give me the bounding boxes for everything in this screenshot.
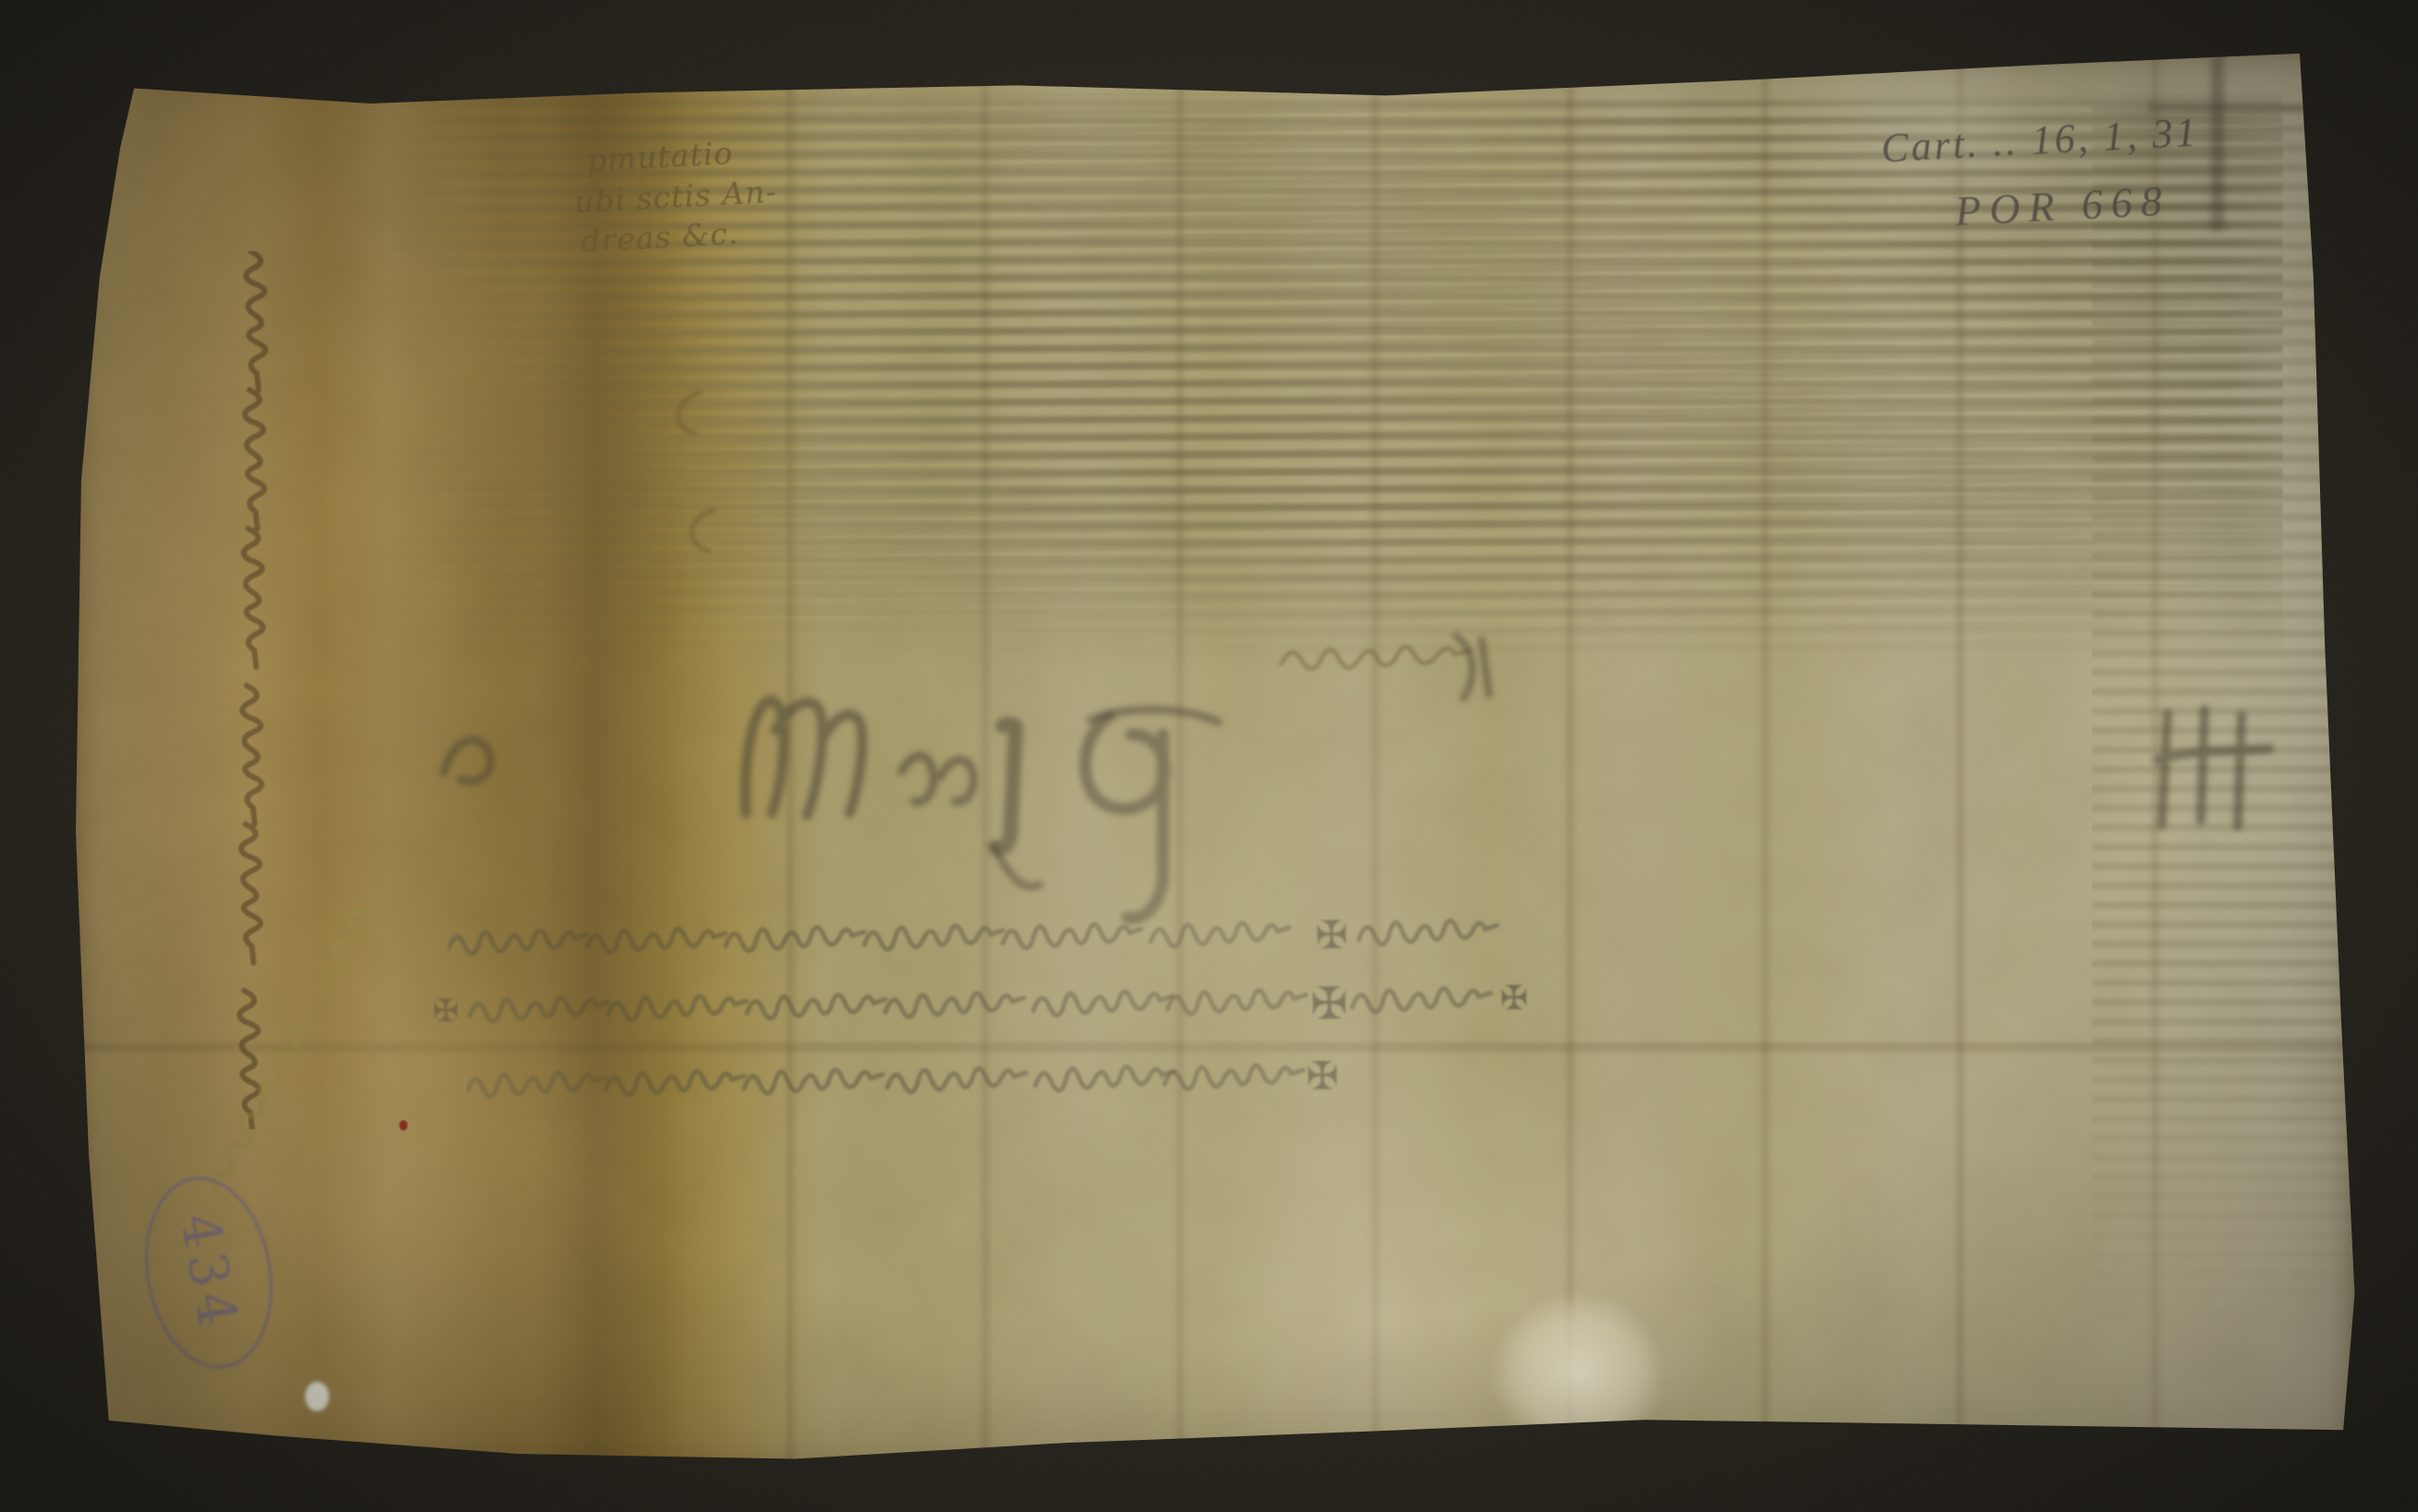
photo-backdrop: ✠ ✠ ✠ ✠ ✠ pmutatio ubi s <box>0 0 2418 1512</box>
photo-vignette <box>0 0 2418 1512</box>
